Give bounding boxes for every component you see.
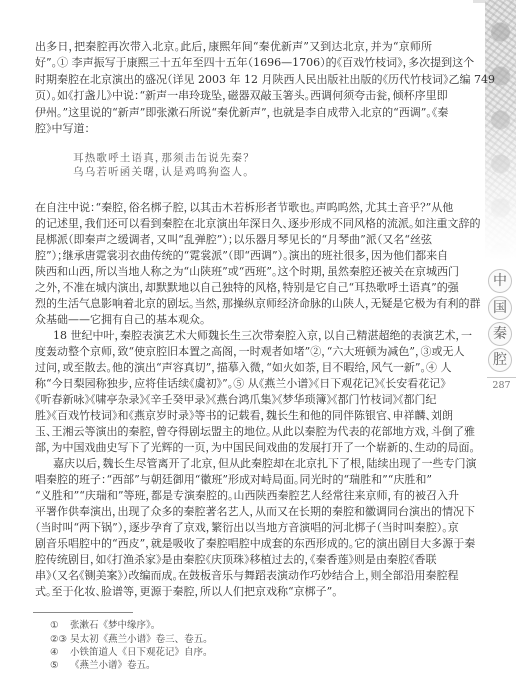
footnote-marker: ⑤	[50, 659, 67, 672]
text-line: 式。至于化妆、脸谱等，更源于秦腔，所以人们把京戏称“京梆子”。	[35, 584, 432, 600]
side-label-char-3: 秦	[488, 322, 512, 346]
page-number-divider	[487, 377, 516, 378]
paragraph-4: 嘉庆以后，魏长生尽管离开了北京，但从此秦腔却在北京扎下了根，陆续出现了一些专门演…	[35, 456, 432, 600]
paragraph-3: 18 世纪中叶，秦腔表演艺术大师魏长生三次带秦腔入京，以自己精湛超绝的表演艺术，…	[35, 328, 432, 456]
text-line: 称“今日梨园称独步，应将佳话续《虞初》”。⑤ 从《燕兰小谱》《日下观花记》《长安…	[35, 376, 432, 392]
text-line: 《听春新咏》《啸亭杂录》《辛壬癸甲录》《燕台鸿爪集》《梦华琐簿》《都门竹枝词》《…	[35, 392, 432, 408]
footnote-text: 吴太初《燕兰小谱》卷三、卷五。	[70, 634, 213, 645]
footnote-marker: ②③	[50, 633, 67, 646]
footnote-text: 《燕兰小谱》卷五。	[70, 660, 156, 671]
side-label-char-2: 国	[488, 296, 512, 320]
text-line: 在自注中说：“秦腔，俗名梆子腔，以其击木若柝形者节歌也。声呜呜然，尤其土音乎？”…	[35, 200, 432, 216]
side-label-char-4: 腔	[488, 348, 512, 372]
poem-line: 乌乌若听函关曙，认是鸡鸣狗盗人。	[73, 165, 273, 179]
text-line: （当时叫“两下锅”），逐步孕育了京戏，繁衍出以当地方音演唱的河北梆子（当时叫秦腔…	[35, 520, 432, 536]
body-text: 在自注中说：“秦腔，俗名梆子腔，以其击木若柝形者节歌也。声呜呜然，尤其土音乎？”…	[35, 200, 432, 600]
text-line: 18 世纪中叶，秦腔表演艺术大师魏长生三次带秦腔入京，以自己精湛超绝的表演艺术，…	[35, 328, 432, 344]
text-line: 胜》《百戏竹枝词》和《燕京岁时录》等书的记载看，魏长生和他的同伴陈银官、申祥麟、…	[35, 408, 432, 424]
page-number: 287	[487, 380, 516, 391]
text-line: 昆梆派（即秦声之缓调者，又叫“乱弹腔”）；以乐器月琴见长的“月琴曲”派（又名“丝…	[35, 232, 432, 248]
footnote-marker: ①	[50, 619, 67, 632]
text-line: 众基础——它拥有自己的基本观众。	[35, 312, 432, 328]
footnote-1: ① 张漱石《梦中缘序》。	[50, 619, 160, 632]
footnote-text: 小铁笛道人《日下观花记》自序。	[70, 647, 213, 658]
footnote-2-3: ②③ 吴太初《燕兰小谱》卷三、卷五。	[50, 633, 213, 646]
text-line: 陕西和山西，所以当地人称之为“山陕班”或“西班”。这个时期，虽然秦腔还被关在京城…	[35, 264, 432, 280]
text-line: 腔”）；继承唐霓裳羽衣曲传统的“霓裳派”（即“西调”）。演出的班社很多，因为他们…	[35, 248, 432, 264]
footnote-5: ⑤ 《燕兰小谱》卷五。	[50, 659, 156, 672]
decorative-notch	[473, 0, 485, 3]
text-line: 腔传统剧目，如《打渔杀家》是由秦腔《庆顶珠》移植过去的，《秦香莲》则是由秦腔《香…	[35, 552, 432, 568]
text-line: 串》（又名《铡美案》）改编而成。在鼓板音乐与舞蹈表演动作巧妙结合上，则全部沿用秦…	[35, 568, 432, 584]
text-line: 过问，或至散去。他的演出“声容真切”，描摹入微，“如火如荼，目不暇给，风气一新”…	[35, 360, 432, 376]
footnote-divider	[33, 612, 133, 613]
text-line: 之外，不准在城内演出，却默默地以自己独特的风格，特别是它自己“耳热歌呼土语真”的…	[35, 280, 432, 296]
footnote-text: 张漱石《梦中缘序》。	[70, 620, 160, 631]
paragraph-1: 出多日，把秦腔再次带入北京。此后，康熙年间“秦优新声”又到达北京，并为“京师所 …	[35, 39, 432, 137]
text-line: 部，为中国戏曲史写下了光辉的一页，为中国民间戏曲的发展打开了一个崭新的、生动的局…	[35, 440, 432, 456]
side-label-char-1: 中	[488, 269, 512, 293]
text-line: 平署作供奉演出，出现了众多的秦腔著名艺人，从而又在长期的秦腔和徽调同台演出的情况…	[35, 504, 432, 520]
text-line: 伊州。”这里说的“新声”即张漱石所说“秦优新声”，也就是李自成带入北京的“西调”…	[35, 105, 432, 121]
paragraph-2: 在自注中说：“秦腔，俗名梆子腔，以其击木若柝形者节歌也。声呜呜然，尤其土音乎？”…	[35, 200, 432, 328]
text-line: 页）。如《打盏儿》中说：“新声一串玲珑坠，磁器双敲玉箸头。西调何须夸击瓮，倾杯序…	[35, 88, 432, 104]
footnote-marker: ④	[50, 646, 67, 659]
poem-line: 耳热歌呼土语真，那须击缶说先秦？	[73, 151, 273, 165]
text-line: 唱秦腔的班子：“西部”与朝廷御用“徽班”形成对峙局面。同光时的“瑞胜和”“庆胜和…	[35, 472, 432, 488]
quoted-poem: 耳热歌呼土语真，那须击缶说先秦？ 乌乌若听函关曙，认是鸡鸣狗盗人。	[73, 151, 273, 179]
decorative-pattern-strip	[485, 0, 516, 260]
text-line: 时期秦腔在北京演出的盛况（详见 2003 年 12 月陕西人民出版社出版的《历代…	[35, 72, 432, 88]
text-line: 玉、王湘云等演出的秦腔，曾夺得剧坛盟主的地位。从此以秦腔为代表的花部地方戏，斗倒…	[35, 424, 432, 440]
text-line: 烈的生活气息影响着北京的剧坛。当然，那操纵京师经济命脉的山陕人，无疑是它极为有利…	[35, 296, 432, 312]
footnote-4: ④ 小铁笛道人《日下观花记》自序。	[50, 646, 213, 659]
text-line: 出多日，把秦腔再次带入北京。此后，康熙年间“秦优新声”又到达北京，并为“京师所	[35, 39, 432, 55]
text-line: 的记述里，我们还可以看到秦腔在北京演出年深日久、逐步形成不同风格的流派。如注重文…	[35, 216, 432, 232]
text-line: “义胜和”“庆瑞和”等班，都是专演秦腔的。山西陕西秦腔艺人经常往来京师，有的被召…	[35, 488, 432, 504]
text-line: 好”。① 李声振写于康熙三十五年至四十五年（1696—1706）的《百戏竹枝词》…	[35, 55, 432, 71]
text-line: 剧音乐唱腔中的“西皮”，就是吸收了秦腔唱腔中成套的东西形成的。它的演出剧目大多源…	[35, 536, 432, 552]
text-line: 腔》中写道：	[35, 121, 432, 137]
text-line: 嘉庆以后，魏长生尽管离开了北京，但从此秦腔却在北京扎下了根，陆续出现了一些专门演	[35, 456, 432, 472]
text-line: 度轰动整个京师，致“使京腔旧本置之高阁，一时观者如堵”②，“六大班顿为减色”，③…	[35, 344, 432, 360]
